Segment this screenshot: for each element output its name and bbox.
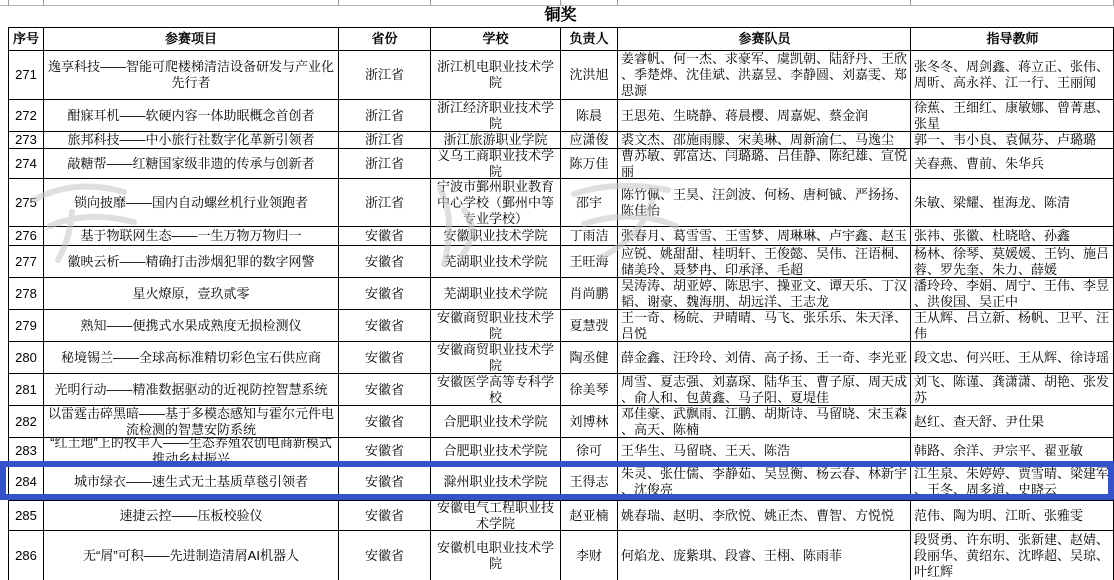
cell-teachers: 潘玲玲、李娟、周宁、王伟、李昱、洪俊国、吴正中	[911, 278, 1114, 310]
cell-project-text: 敲糖帮——红糖国家级非遗的传承与创新者	[44, 156, 338, 172]
bronze-award-page: 铜奖 序号参赛项目省份学校负责人参赛队员指导教师271逸享科技——智能可爬楼梯清…	[0, 0, 1114, 580]
cell-leader-text: 应潇俊	[561, 132, 617, 148]
cell-province-text: 浙江省	[339, 108, 430, 124]
cell-teachers: 关春燕、曹前、朱华兵	[911, 149, 1114, 179]
cell-province: 浙江省	[339, 132, 431, 149]
cell-leader: 徐美琴	[561, 374, 618, 406]
cell-members: 薛金鑫、汪玲玲、刘倩、高子扬、王一奇、李光亚	[618, 342, 911, 374]
cell-no-text: 278	[9, 286, 43, 302]
cell-project: 徽映云析——精确打击涉烟犯罪的数字网警	[44, 246, 339, 278]
cell-no: 276	[9, 227, 44, 246]
cell-project-text: 速捷云控——压板校验仪	[44, 508, 338, 524]
cell-members-text: 薛金鑫、汪玲玲、刘倩、高子扬、王一奇、李光亚	[621, 350, 908, 366]
cell-province: 浙江省	[339, 51, 431, 100]
cell-members: 裘文杰、邵施雨朦、宋美琳、周新渝仁、马逸尘	[618, 132, 911, 149]
cell-teachers: 段文忠、何兴旺、王从辉、徐诗瑶	[911, 342, 1114, 374]
cell-province: 安徽省	[339, 227, 431, 246]
cell-province: 安徽省	[339, 278, 431, 310]
cell-province: 安徽省	[339, 246, 431, 278]
cell-province: 浙江省	[339, 100, 431, 132]
cell-teachers-text: 杨林、徐琴、莫媛媛、王钧、施吕蓉、罗先奎、朱力、薛媛	[914, 246, 1111, 278]
cell-school: 浙江机电职业技术学院	[431, 51, 561, 100]
cell-leader: 肖尚鹏	[561, 278, 618, 310]
cell-teachers-text: 刘飞、陈谨、龚潇潇、胡艳、张发苏	[914, 374, 1111, 406]
cell-leader: 邵宇	[561, 179, 618, 227]
cell-leader-text: 陶丞健	[561, 350, 617, 366]
cell-members-text: 张春月、葛雪雪、王雪梦、周琳琳、卢宇鑫、赵玉	[621, 228, 908, 244]
header-leader: 负责人	[561, 28, 618, 51]
cell-no-text: 276	[9, 228, 43, 244]
cell-teachers: 郭一、韦小良、袁佩芬、卢璐璐	[911, 132, 1114, 149]
cell-province-text: 安徽省	[339, 414, 430, 430]
cell-members: 姜睿帆、何一杰、求豪军、虞凯朝、陆舒丹、王欣、季楚烨、沈佳斌、洪嘉昱、李静圆、刘…	[618, 51, 911, 100]
cell-school: 安徽商贸职业技术学院	[431, 342, 561, 374]
cell-project-text: 基于物联网生态——一生万物万物归一	[44, 228, 338, 244]
cell-project-text: 秘境锡兰——全球高标准精切彩色宝石供应商	[44, 350, 338, 366]
cell-leader: 沈洪旭	[561, 51, 618, 100]
cell-province: 浙江省	[339, 149, 431, 179]
cell-no: 281	[9, 374, 44, 406]
table-row-279: 279熟知——便携式水果成熟度无损检测仪安徽省安徽商贸职业技术学院夏慧弢王一奇、…	[9, 310, 1114, 342]
table-row-273: 273旅邦科技——中小旅行社数字化革新引领者浙江省浙江旅游职业学院应潇俊裘文杰、…	[9, 132, 1114, 149]
cell-school: 安徽职业技术学院	[431, 227, 561, 246]
table-row-271: 271逸享科技——智能可爬楼梯清洁设备研发与产业化先行者浙江省浙江机电职业技术学…	[9, 51, 1114, 100]
cell-province-text: 安徽省	[339, 286, 430, 302]
cell-no-text: 272	[9, 108, 43, 124]
cell-no-text: 283	[9, 443, 43, 459]
cell-project-text: 熟知——便携式水果成熟度无损检测仪	[44, 318, 338, 334]
table-row-277: 277徽映云析——精确打击涉烟犯罪的数字网警安徽省芜湖职业技术学院王旺海应锐、姚…	[9, 246, 1114, 278]
cell-school: 芜湖职业技术学院	[431, 246, 561, 278]
cell-school-text: 宁波市鄞州职业教育中心学校（鄞州中等专业学校）	[431, 179, 560, 227]
cell-project-text: 逸享科技——智能可爬楼梯清洁设备研发与产业化先行者	[44, 59, 338, 91]
cell-school: 义乌工商职业技术学院	[431, 149, 561, 179]
cell-province: 安徽省	[339, 406, 431, 438]
cell-leader: 陶丞健	[561, 342, 618, 374]
cell-school-text: 安徽商贸职业技术学院	[431, 310, 560, 342]
cell-no: 285	[9, 501, 44, 531]
cell-province: 浙江省	[339, 179, 431, 227]
header-project-text: 参赛项目	[44, 31, 338, 47]
cell-no: 271	[9, 51, 44, 100]
cell-teachers-text: 王从辉、吕立新、杨帆、卫平、汪伟	[914, 310, 1111, 342]
cell-province-text: 安徽省	[339, 350, 430, 366]
header-province-text: 省份	[339, 31, 430, 47]
cell-no-text: 273	[9, 132, 43, 148]
table-row-285: 285速捷云控——压板校验仪安徽省安徽电气工程职业技术学院赵亚楠姚春瑞、赵明、李…	[9, 501, 1114, 531]
cell-teachers: 张祎、张徽、杜晓晗、孙鑫	[911, 227, 1114, 246]
header-members-text: 参赛队员	[621, 31, 908, 47]
cell-members-text: 吴涛涛、胡亚婷、陈思宇、操亚文、谭天乐、丁汉韬、谢豪、魏海朋、胡远洋、王志龙	[621, 278, 908, 310]
cell-no-text: 286	[9, 548, 43, 564]
cell-teachers: 王从辉、吕立新、杨帆、卫平、汪伟	[911, 310, 1114, 342]
cell-leader-text: 徐美琴	[561, 382, 617, 398]
highlight-box-row-284	[0, 461, 1114, 500]
cell-province-text: 浙江省	[339, 156, 430, 172]
cell-teachers-text: 范伟、陶为明、江昕、张雅雯	[914, 508, 1111, 524]
cell-province-text: 安徽省	[339, 508, 430, 524]
cell-province-text: 安徽省	[339, 318, 430, 334]
cell-leader-text: 赵亚楠	[561, 508, 617, 524]
cell-school-text: 芜湖职业技术学院	[431, 254, 560, 270]
cell-members-text: 陈竹佩、王昊、汪剑波、何杨、唐柯铖、严扬扬、陈佳怡	[621, 187, 908, 219]
cell-teachers: 刘飞、陈谨、龚潇潇、胡艳、张发苏	[911, 374, 1114, 406]
cell-no-text: 282	[9, 414, 43, 430]
cell-project-text: 徽映云析——精确打击涉烟犯罪的数字网警	[44, 254, 338, 270]
cell-members: 陈竹佩、王昊、汪剑波、何杨、唐柯铖、严扬扬、陈佳怡	[618, 179, 911, 227]
cell-members-text: 邓佳豪、武飘雨、江鹏、胡斯诗、马留晓、宋玉森、高天、陈楠	[621, 406, 908, 438]
header-no: 序号	[9, 28, 44, 51]
cell-leader-text: 沈洪旭	[561, 67, 617, 83]
cell-province-text: 浙江省	[339, 195, 430, 211]
cell-school: 浙江旅游职业学院	[431, 132, 561, 149]
cell-province: 安徽省	[339, 531, 431, 580]
cell-school: 宁波市鄞州职业教育中心学校（鄞州中等专业学校）	[431, 179, 561, 227]
cell-teachers: 赵红、查天舒、尹仕果	[911, 406, 1114, 438]
cell-teachers-text: 张祎、张徽、杜晓晗、孙鑫	[914, 228, 1111, 244]
cell-teachers: 朱敏、梁耀、崔海龙、陈清	[911, 179, 1114, 227]
cell-school-text: 合肥职业技术学院	[431, 414, 560, 430]
cell-province: 安徽省	[339, 342, 431, 374]
cell-members-text: 王一奇、杨皖、尹晴晴、马飞、张乐乐、朱天泽、吕悦	[621, 310, 908, 342]
cell-members: 吴涛涛、胡亚婷、陈思宇、操亚文、谭天乐、丁汉韬、谢豪、魏海朋、胡远洋、王志龙	[618, 278, 911, 310]
cell-project: 锁向披靡——国内自动螺丝机行业领跑者	[44, 179, 339, 227]
cell-leader: 陈晨	[561, 100, 618, 132]
cell-members-text: 王华生、马留晓、王天、陈浩	[621, 443, 908, 459]
header-school: 学校	[431, 28, 561, 51]
cell-project-text: 酣寐耳机——软硬内容一体助眠概念首创者	[44, 108, 338, 124]
table-row-278: 278星火燎原，壹玖贰零安徽省芜湖职业技术学院肖尚鹏吴涛涛、胡亚婷、陈思宇、操亚…	[9, 278, 1114, 310]
cell-leader-text: 丁雨洁	[561, 228, 617, 244]
cell-no-text: 271	[9, 67, 43, 83]
cell-teachers-text: 关春燕、曹前、朱华兵	[914, 156, 1111, 172]
table-row-280: 280秘境锡兰——全球高标准精切彩色宝石供应商安徽省安徽商贸职业技术学院陶丞健薛…	[9, 342, 1114, 374]
cell-school: 安徽医学高等专科学校	[431, 374, 561, 406]
cell-school-text: 义乌工商职业技术学院	[431, 149, 560, 179]
cell-no: 280	[9, 342, 44, 374]
header-province: 省份	[339, 28, 431, 51]
cell-teachers-text: 徐蕉、王细红、康敏娜、曾菁惠、张星	[914, 100, 1111, 132]
cell-members: 周雪、夏志强、刘嘉琛、陆华玉、曹子原、周天成、俞人和、包黄鑫、马子阳、夏堤佳	[618, 374, 911, 406]
cell-teachers-text: 韩路、余洋、尹宗平、翟亚敏	[914, 443, 1111, 459]
cell-province-text: 安徽省	[339, 382, 430, 398]
cell-teachers: 徐蕉、王细红、康敏娜、曾菁惠、张星	[911, 100, 1114, 132]
cell-teachers-text: 赵红、查天舒、尹仕果	[914, 414, 1111, 430]
cell-school: 安徽商贸职业技术学院	[431, 310, 561, 342]
cell-school-text: 合肥职业技术学院	[431, 443, 560, 459]
cell-province-text: 安徽省	[339, 228, 430, 244]
cell-project: 无“屑”可积——先进制造清屑AI机器人	[44, 531, 339, 580]
cell-members: 王思苑、生晓静、蒋晨樱、周嘉妮、蔡金润	[618, 100, 911, 132]
cell-leader: 李财	[561, 531, 618, 580]
cell-teachers: 杨林、徐琴、莫媛媛、王钧、施吕蓉、罗先奎、朱力、薛媛	[911, 246, 1114, 278]
cell-leader-text: 陈万佳	[561, 156, 617, 172]
cell-school: 安徽电气工程职业技术学院	[431, 501, 561, 531]
cell-leader-text: 徐可	[561, 443, 617, 459]
cell-no-text: 281	[9, 382, 43, 398]
cell-leader: 王旺海	[561, 246, 618, 278]
cell-project: 旅邦科技——中小旅行社数字化革新引领者	[44, 132, 339, 149]
header-members: 参赛队员	[618, 28, 911, 51]
cell-members-text: 周雪、夏志强、刘嘉琛、陆华玉、曹子原、周天成、俞人和、包黄鑫、马子阳、夏堤佳	[621, 374, 908, 406]
cell-province-text: 安徽省	[339, 548, 430, 564]
cell-province-text: 安徽省	[339, 254, 430, 270]
header-teachers: 指导教师	[911, 28, 1114, 51]
cell-school-text: 安徽医学高等专科学校	[431, 374, 560, 406]
cell-leader-text: 邵宇	[561, 195, 617, 211]
table-row-276: 276基于物联网生态——一生万物万物归一安徽省安徽职业技术学院丁雨洁张春月、葛雪…	[9, 227, 1114, 246]
cell-leader: 夏慧弢	[561, 310, 618, 342]
table-row-275: 275锁向披靡——国内自动螺丝机行业领跑者浙江省宁波市鄞州职业教育中心学校（鄞州…	[9, 179, 1114, 227]
cell-leader-text: 肖尚鹏	[561, 286, 617, 302]
cell-project-text: 无“屑”可积——先进制造清屑AI机器人	[44, 548, 338, 564]
cell-school: 合肥职业技术学院	[431, 406, 561, 438]
cell-teachers: 范伟、陶为明、江昕、张雅雯	[911, 501, 1114, 531]
cell-province-text: 浙江省	[339, 67, 430, 83]
cell-province-text: 安徽省	[339, 443, 430, 459]
cell-members: 邓佳豪、武飘雨、江鹏、胡斯诗、马留晓、宋玉森、高天、陈楠	[618, 406, 911, 438]
header-row: 序号参赛项目省份学校负责人参赛队员指导教师	[9, 28, 1114, 51]
cell-teachers: 段贤勇、许东明、张新建、赵婧、段丽华、黄绍东、沈晔超、吴琼、叶红辉	[911, 531, 1114, 580]
cell-leader-text: 陈晨	[561, 108, 617, 124]
cell-no: 275	[9, 179, 44, 227]
page-title: 铜奖	[8, 4, 1113, 27]
header-teachers-text: 指导教师	[914, 31, 1111, 47]
cell-members: 王一奇、杨皖、尹晴晴、马飞、张乐乐、朱天泽、吕悦	[618, 310, 911, 342]
cell-school-text: 安徽职业技术学院	[431, 228, 560, 244]
cell-members-text: 姚春瑞、赵明、李欣悦、姚正杰、曹智、方悦悦	[621, 508, 908, 524]
table-row-286: 286无“屑”可积——先进制造清屑AI机器人安徽省安徽机电职业技术学院李财何焰龙…	[9, 531, 1114, 580]
cell-no: 286	[9, 531, 44, 580]
header-project: 参赛项目	[44, 28, 339, 51]
cell-project: 熟知——便携式水果成熟度无损检测仪	[44, 310, 339, 342]
cell-no-text: 274	[9, 156, 43, 172]
table-row-272: 272酣寐耳机——软硬内容一体助眠概念首创者浙江省浙江经济职业技术学院陈晨王思苑…	[9, 100, 1114, 132]
cell-teachers: 张冬冬、周剑鑫、蒋立正、张伟、周昕、高永祥、江一行、王丽闻	[911, 51, 1114, 100]
cell-school-text: 安徽电气工程职业技术学院	[431, 501, 560, 531]
cell-province: 安徽省	[339, 310, 431, 342]
table-row-274: 274敲糖帮——红糖国家级非遗的传承与创新者浙江省义乌工商职业技术学院陈万佳曹苏…	[9, 149, 1114, 179]
cell-members-text: 应锐、姚甜甜、桂明轩、王俊懿、吴伟、汪语桐、储美玲、聂梦冉、印承泽、毛超	[621, 246, 908, 278]
cell-teachers-text: 段贤勇、许东明、张新建、赵婧、段丽华、黄绍东、沈晔超、吴琼、叶红辉	[914, 532, 1111, 580]
cell-project: 酣寐耳机——软硬内容一体助眠概念首创者	[44, 100, 339, 132]
cell-members: 曹苏敏、郭富达、闫璐璐、吕佳静、陈纪雄、宣悦丽	[618, 149, 911, 179]
cell-project-text: 星火燎原，壹玖贰零	[44, 286, 338, 302]
cell-province: 安徽省	[339, 501, 431, 531]
cell-teachers-text: 朱敏、梁耀、崔海龙、陈清	[914, 195, 1111, 211]
cell-project-text: 光明行动——精准数据驱动的近视防控智慧系统	[44, 382, 338, 398]
cell-province-text: 浙江省	[339, 132, 430, 148]
cell-no-text: 285	[9, 508, 43, 524]
cell-no: 277	[9, 246, 44, 278]
cell-leader: 陈万佳	[561, 149, 618, 179]
cell-no: 274	[9, 149, 44, 179]
cell-school-text: 浙江机电职业技术学院	[431, 59, 560, 91]
cell-no: 273	[9, 132, 44, 149]
cell-project: 星火燎原，壹玖贰零	[44, 278, 339, 310]
cell-members-text: 姜睿帆、何一杰、求豪军、虞凯朝、陆舒丹、王欣、季楚烨、沈佳斌、洪嘉昱、李静圆、刘…	[621, 51, 908, 99]
cell-school-text: 安徽商贸职业技术学院	[431, 342, 560, 374]
cell-project-text: 以雷霆击碎黑暗——基于多模态感知与霍尔元件电流检测的智慧安防系统	[44, 406, 338, 438]
cell-no: 272	[9, 100, 44, 132]
cell-school-text: 芜湖职业技术学院	[431, 286, 560, 302]
cell-project: 光明行动——精准数据驱动的近视防控智慧系统	[44, 374, 339, 406]
cell-no-text: 277	[9, 254, 43, 270]
table-row-281: 281光明行动——精准数据驱动的近视防控智慧系统安徽省安徽医学高等专科学校徐美琴…	[9, 374, 1114, 406]
cell-members-text: 曹苏敏、郭富达、闫璐璐、吕佳静、陈纪雄、宣悦丽	[621, 149, 908, 179]
cell-school: 芜湖职业技术学院	[431, 278, 561, 310]
cell-teachers-text: 张冬冬、周剑鑫、蒋立正、张伟、周昕、高永祥、江一行、王丽闻	[914, 59, 1111, 91]
cell-leader-text: 夏慧弢	[561, 318, 617, 334]
cell-leader-text: 李财	[561, 548, 617, 564]
cell-project: 速捷云控——压板校验仪	[44, 501, 339, 531]
cell-project-text: 旅邦科技——中小旅行社数字化革新引领者	[44, 132, 338, 148]
cell-members-text: 裘文杰、邵施雨朦、宋美琳、周新渝仁、马逸尘	[621, 132, 908, 148]
cell-members-text: 王思苑、生晓静、蒋晨樱、周嘉妮、蔡金润	[621, 108, 908, 124]
cell-leader: 赵亚楠	[561, 501, 618, 531]
cell-leader-text: 刘博林	[561, 414, 617, 430]
cell-no-text: 280	[9, 350, 43, 366]
cell-project: 以雷霆击碎黑暗——基于多模态感知与霍尔元件电流检测的智慧安防系统	[44, 406, 339, 438]
cell-no: 278	[9, 278, 44, 310]
cell-members: 何焰龙、庞紫琪、段睿、王栩、陈雨菲	[618, 531, 911, 580]
cell-members-text: 何焰龙、庞紫琪、段睿、王栩、陈雨菲	[621, 548, 908, 564]
cell-no-text: 279	[9, 318, 43, 334]
cell-project: 基于物联网生态——一生万物万物归一	[44, 227, 339, 246]
cell-members: 应锐、姚甜甜、桂明轩、王俊懿、吴伟、汪语桐、储美玲、聂梦冉、印承泽、毛超	[618, 246, 911, 278]
header-no-text: 序号	[9, 31, 43, 47]
cell-members: 姚春瑞、赵明、李欣悦、姚正杰、曹智、方悦悦	[618, 501, 911, 531]
cell-members: 张春月、葛雪雪、王雪梦、周琳琳、卢宇鑫、赵玉	[618, 227, 911, 246]
header-leader-text: 负责人	[561, 31, 617, 47]
cell-province: 安徽省	[339, 374, 431, 406]
cell-school-text: 安徽机电职业技术学院	[431, 540, 560, 572]
cell-teachers-text: 段文忠、何兴旺、王从辉、徐诗瑶	[914, 350, 1111, 366]
cell-school-text: 浙江旅游职业学院	[431, 132, 560, 148]
cell-school-text: 浙江经济职业技术学院	[431, 100, 560, 132]
cell-leader-text: 王旺海	[561, 254, 617, 270]
cell-teachers-text: 潘玲玲、李娟、周宁、王伟、李昱、洪俊国、吴正中	[914, 278, 1111, 310]
cell-project: 敲糖帮——红糖国家级非遗的传承与创新者	[44, 149, 339, 179]
cell-leader: 丁雨洁	[561, 227, 618, 246]
cell-project: 秘境锡兰——全球高标准精切彩色宝石供应商	[44, 342, 339, 374]
table-row-282: 282以雷霆击碎黑暗——基于多模态感知与霍尔元件电流检测的智慧安防系统安徽省合肥…	[9, 406, 1114, 438]
cell-no: 279	[9, 310, 44, 342]
cell-leader: 刘博林	[561, 406, 618, 438]
cell-leader: 应潇俊	[561, 132, 618, 149]
cell-school: 浙江经济职业技术学院	[431, 100, 561, 132]
cell-project: 逸享科技——智能可爬楼梯清洁设备研发与产业化先行者	[44, 51, 339, 100]
cell-no: 282	[9, 406, 44, 438]
cell-teachers-text: 郭一、韦小良、袁佩芬、卢璐璐	[914, 132, 1111, 148]
cell-project-text: 锁向披靡——国内自动螺丝机行业领跑者	[44, 195, 338, 211]
cell-no-text: 275	[9, 195, 43, 211]
cell-school: 安徽机电职业技术学院	[431, 531, 561, 580]
header-school-text: 学校	[431, 31, 560, 47]
